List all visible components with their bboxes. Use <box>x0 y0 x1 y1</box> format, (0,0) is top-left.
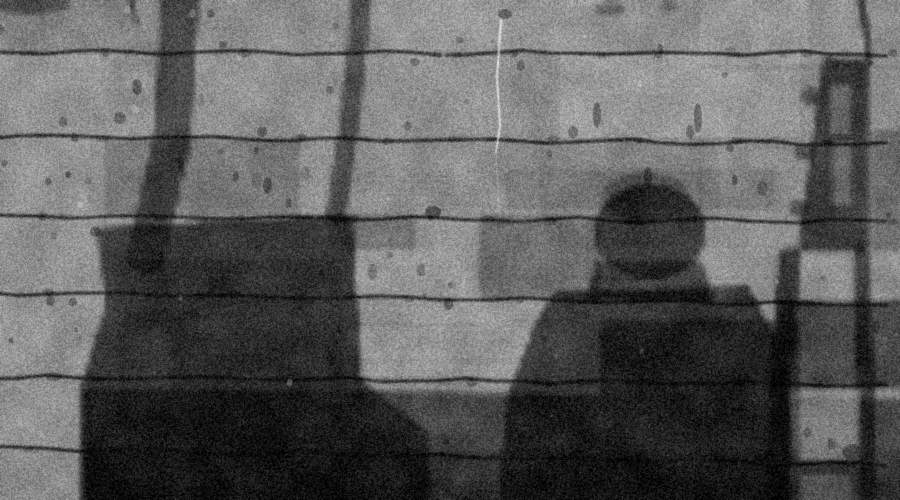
photograph <box>0 0 900 500</box>
photo-canvas <box>0 0 900 500</box>
